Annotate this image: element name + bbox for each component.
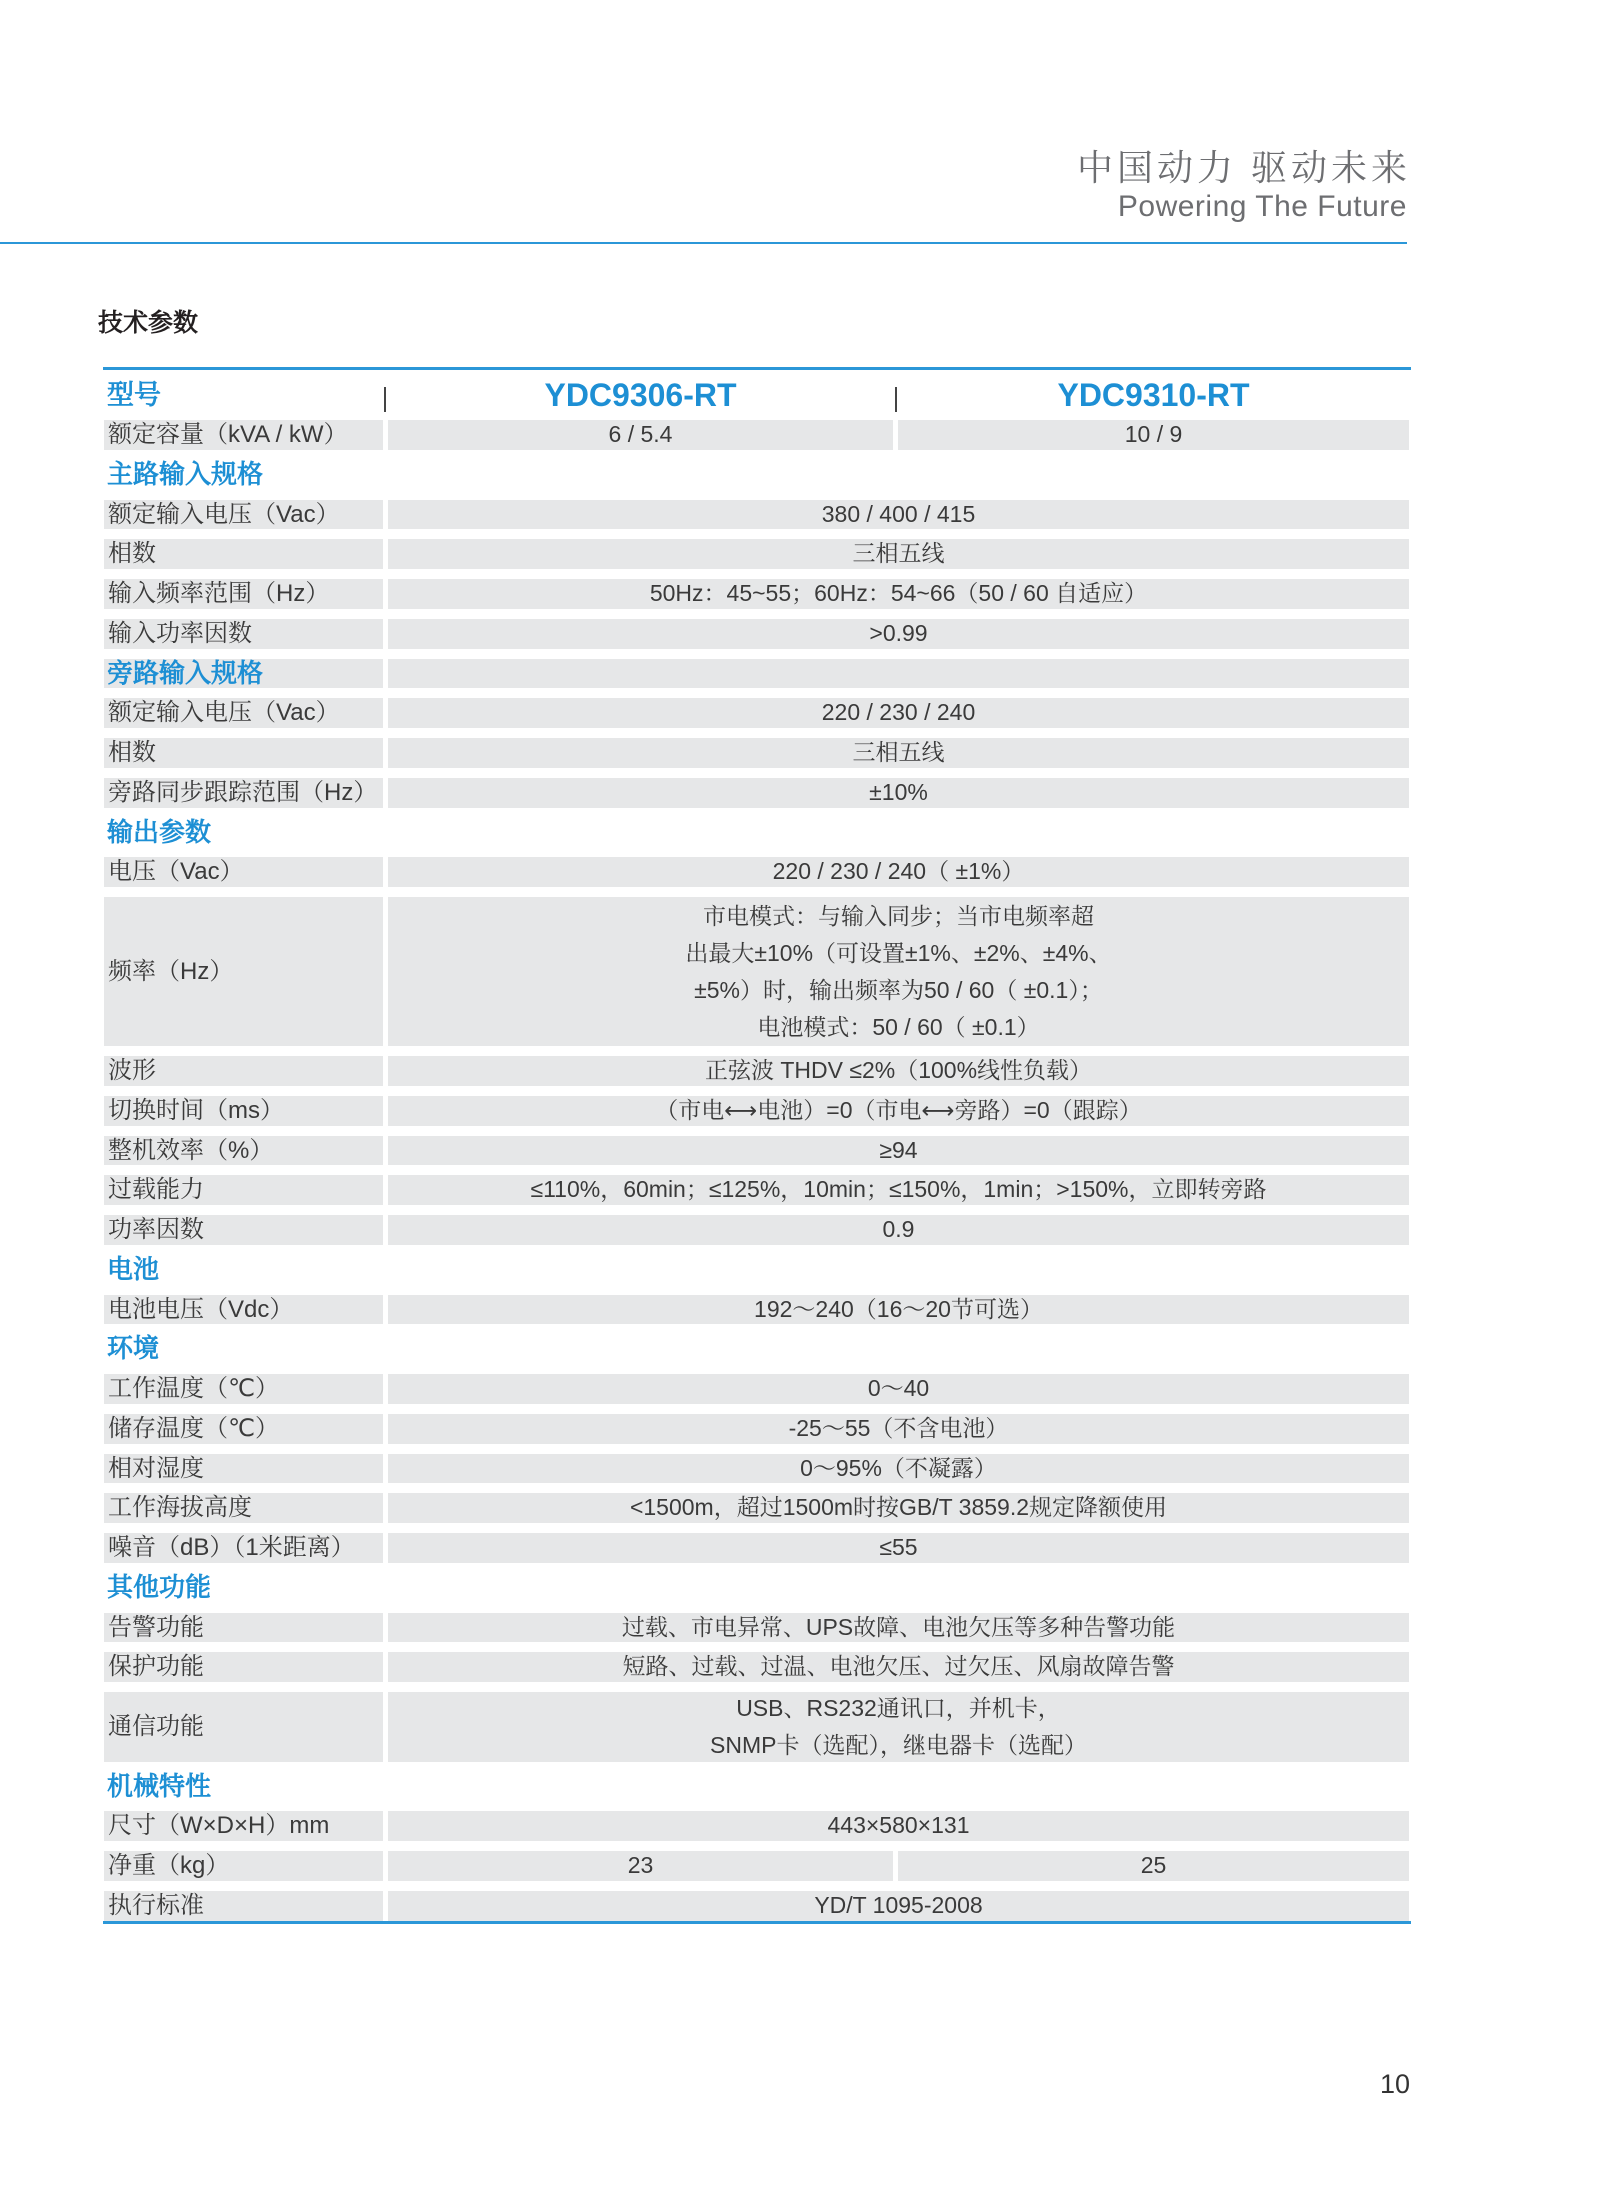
row-relative-humidity: 相对湿度 0～95%（不凝露） [103, 1454, 1411, 1484]
value-line: 市电模式：与输入同步；当市电频率超 [703, 898, 1094, 935]
row-value: YD/T 1095-2008 [388, 1891, 1409, 1921]
row-value: 过载、市电异常、UPS故障、电池欠压等多种告警功能 [388, 1613, 1409, 1643]
row-label: 相数 [104, 738, 383, 768]
row-alarm-function: 告警功能 过载、市电异常、UPS故障、电池欠压等多种告警功能 [103, 1613, 1411, 1643]
row-mains-phases: 相数 三相五线 [103, 539, 1411, 569]
row-label: 额定输入电压（Vac） [104, 500, 383, 530]
row-label: 相数 [104, 539, 383, 569]
value-line: 出最大±10%（可设置±1%、±2%、±4%、 [685, 935, 1111, 972]
row-value: 443×580×131 [388, 1811, 1409, 1841]
row-communication: 通信功能 USB、RS232通讯口，并机卡， SNMP卡（选配），继电器卡（选配… [103, 1692, 1411, 1762]
row-value-multiline: USB、RS232通讯口，并机卡， SNMP卡（选配），继电器卡（选配） [388, 1692, 1409, 1762]
row-value: ≤55 [388, 1533, 1409, 1563]
section-heading-other-functions: 其他功能 [103, 1573, 1411, 1603]
row-value: 50Hz：45~55；60Hz：54~66（50 / 60 自适应） [388, 579, 1409, 609]
row-transfer-time: 切换时间（ms） （市电⟷电池）=0（市电⟷旁路）=0（跟踪） [103, 1096, 1411, 1126]
section-heading-label: 输出参数 [104, 818, 383, 848]
row-label: 电池电压（Vdc） [104, 1295, 383, 1325]
row-label: 储存温度（℃） [104, 1414, 383, 1444]
row-noise: 噪音（dB）（1米距离） ≤55 [103, 1533, 1411, 1563]
row-operating-temperature: 工作温度（℃） 0～40 [103, 1374, 1411, 1404]
row-value: 短路、过载、过温、电池欠压、过欠压、风扇故障告警 [388, 1652, 1409, 1682]
row-bypass-sync-range: 旁路同步跟踪范围（Hz） ±10% [103, 778, 1411, 808]
row-value-multiline: 市电模式：与输入同步；当市电频率超 出最大±10%（可设置±1%、±2%、±4%… [388, 897, 1409, 1046]
section-heading-label: 机械特性 [104, 1772, 383, 1802]
row-value: 0.9 [388, 1215, 1409, 1245]
section-heading-environment: 环境 [103, 1334, 1411, 1364]
row-label: 通信功能 [104, 1692, 383, 1762]
row-value: ≥94 [388, 1136, 1409, 1166]
row-label: 相对湿度 [104, 1454, 383, 1484]
row-dimensions: 尺寸（W×D×H）mm 443×580×131 [103, 1811, 1411, 1841]
model-label: 型号 [104, 370, 383, 420]
value-ydc9306: 23 [388, 1851, 893, 1881]
row-value: ±10% [388, 778, 1409, 808]
spec-table: 型号 YDC9306-RT YDC9310-RT 额定容量（kVA / kW） … [103, 367, 1411, 1924]
row-value: <1500m，超过1500m时按GB/T 3859.2规定降额使用 [388, 1493, 1409, 1523]
row-label: 波形 [104, 1056, 383, 1086]
value-ydc9306: 6 / 5.4 [388, 420, 893, 450]
row-label: 噪音（dB）（1米距离） [104, 1533, 383, 1563]
row-value: >0.99 [388, 619, 1409, 649]
row-label: 电压（Vac） [104, 857, 383, 887]
section-heading-label: 电池 [104, 1255, 383, 1285]
row-label: 输入功率因数 [104, 619, 383, 649]
slogan-chinese: 中国动力 驱动未来 [1077, 148, 1411, 188]
row-label: 工作温度（℃） [104, 1374, 383, 1404]
row-label: 额定容量（kVA / kW） [104, 420, 383, 450]
page-number: 10 [1380, 2069, 1410, 2099]
section-heading-output: 输出参数 [103, 818, 1411, 848]
row-value: 正弦波 THDV ≤2%（100%线性负载） [388, 1056, 1409, 1086]
row-battery-voltage: 电池电压（Vdc） 192～240（16～20节可选） [103, 1295, 1411, 1325]
row-label: 尺寸（W×D×H）mm [104, 1811, 383, 1841]
row-storage-temperature: 储存温度（℃） -25～55（不含电池） [103, 1414, 1411, 1444]
model-header-row: 型号 YDC9306-RT YDC9310-RT [103, 370, 1411, 420]
section-heading-bypass-input: 旁路输入规格 [103, 659, 1411, 689]
row-protection-function: 保护功能 短路、过载、过温、电池欠压、过欠压、风扇故障告警 [103, 1652, 1411, 1682]
row-bypass-phases: 相数 三相五线 [103, 738, 1411, 768]
column-separator [384, 387, 386, 412]
row-value: （市电⟷电池）=0（市电⟷旁路）=0（跟踪） [388, 1096, 1409, 1126]
row-label: 保护功能 [104, 1652, 383, 1682]
row-mains-rated-input-voltage: 额定输入电压（Vac） 380 / 400 / 415 [103, 500, 1411, 530]
row-value: 0～95%（不凝露） [388, 1454, 1409, 1484]
row-input-power-factor: 输入功率因数 >0.99 [103, 619, 1411, 649]
model-ydc9310-rt: YDC9310-RT [898, 370, 1409, 420]
row-value: 0～40 [388, 1374, 1409, 1404]
row-value: 三相五线 [388, 738, 1409, 768]
row-label: 旁路同步跟踪范围（Hz） [104, 778, 383, 808]
section-title: 技术参数 [98, 308, 198, 338]
slogan-english: Powering The Future [1118, 189, 1407, 225]
section-heading-label: 主路输入规格 [104, 460, 383, 490]
column-separator [895, 387, 897, 412]
row-value: ≤110%，60min；≤125%，10min；≤150%，1min；>150%… [388, 1175, 1409, 1205]
row-value: 220 / 230 / 240 [388, 698, 1409, 728]
row-standard: 执行标准 YD/T 1095-2008 [103, 1891, 1411, 1921]
row-input-frequency-range: 输入频率范围（Hz） 50Hz：45~55；60Hz：54~66（50 / 60… [103, 579, 1411, 609]
row-label: 过载能力 [104, 1175, 383, 1205]
section-heading-label: 旁路输入规格 [104, 659, 383, 689]
section-heading-mechanical: 机械特性 [103, 1772, 1411, 1802]
row-label: 功率因数 [104, 1215, 383, 1245]
row-bypass-rated-input-voltage: 额定输入电压（Vac） 220 / 230 / 240 [103, 698, 1411, 728]
row-label: 执行标准 [104, 1891, 383, 1921]
row-value: 220 / 230 / 240（ ±1%） [388, 857, 1409, 887]
row-operating-altitude: 工作海拔高度 <1500m，超过1500m时按GB/T 3859.2规定降额使用 [103, 1493, 1411, 1523]
section-heading-label: 环境 [104, 1334, 383, 1364]
header-divider [0, 242, 1407, 244]
section-heading-mains-input: 主路输入规格 [103, 460, 1411, 490]
empty-band [388, 659, 1409, 689]
value-line: USB、RS232通讯口，并机卡， [736, 1690, 1061, 1727]
model-ydc9306-rt: YDC9306-RT [388, 370, 893, 420]
row-label: 告警功能 [104, 1613, 383, 1643]
brochure-page: 中国动力 驱动未来 Powering The Future 技术参数 型号 YD… [0, 0, 1610, 2199]
row-label: 额定输入电压（Vac） [104, 698, 383, 728]
row-value: 380 / 400 / 415 [388, 500, 1409, 530]
value-ydc9310: 10 / 9 [898, 420, 1409, 450]
row-output-frequency: 频率（Hz） 市电模式：与输入同步；当市电频率超 出最大±10%（可设置±1%、… [103, 897, 1411, 1046]
row-label: 工作海拔高度 [104, 1493, 383, 1523]
row-label: 切换时间（ms） [104, 1096, 383, 1126]
row-value: -25～55（不含电池） [388, 1414, 1409, 1444]
row-label: 输入频率范围（Hz） [104, 579, 383, 609]
row-overload-capacity: 过载能力 ≤110%，60min；≤125%，10min；≤150%，1min；… [103, 1175, 1411, 1205]
row-label: 整机效率（%） [104, 1136, 383, 1166]
row-label: 净重（kg） [104, 1851, 383, 1881]
value-line: 电池模式：50 / 60（ ±0.1） [757, 1009, 1039, 1046]
row-value: 192～240（16～20节可选） [388, 1295, 1409, 1325]
row-net-weight: 净重（kg） 23 25 [103, 1851, 1411, 1881]
row-waveform: 波形 正弦波 THDV ≤2%（100%线性负载） [103, 1056, 1411, 1086]
row-value: 三相五线 [388, 539, 1409, 569]
row-output-power-factor: 功率因数 0.9 [103, 1215, 1411, 1245]
section-heading-label: 其他功能 [104, 1573, 383, 1603]
row-rated-capacity: 额定容量（kVA / kW） 6 / 5.4 10 / 9 [103, 420, 1411, 450]
row-label: 频率（Hz） [104, 897, 383, 1046]
value-ydc9310: 25 [898, 1851, 1409, 1881]
row-output-voltage: 电压（Vac） 220 / 230 / 240（ ±1%） [103, 857, 1411, 887]
section-heading-battery: 电池 [103, 1255, 1411, 1285]
row-efficiency: 整机效率（%） ≥94 [103, 1136, 1411, 1166]
value-line: SNMP卡（选配），继电器卡（选配） [710, 1727, 1087, 1764]
value-line: ±5%）时，输出频率为50 / 60（ ±0.1）； [694, 972, 1103, 1009]
